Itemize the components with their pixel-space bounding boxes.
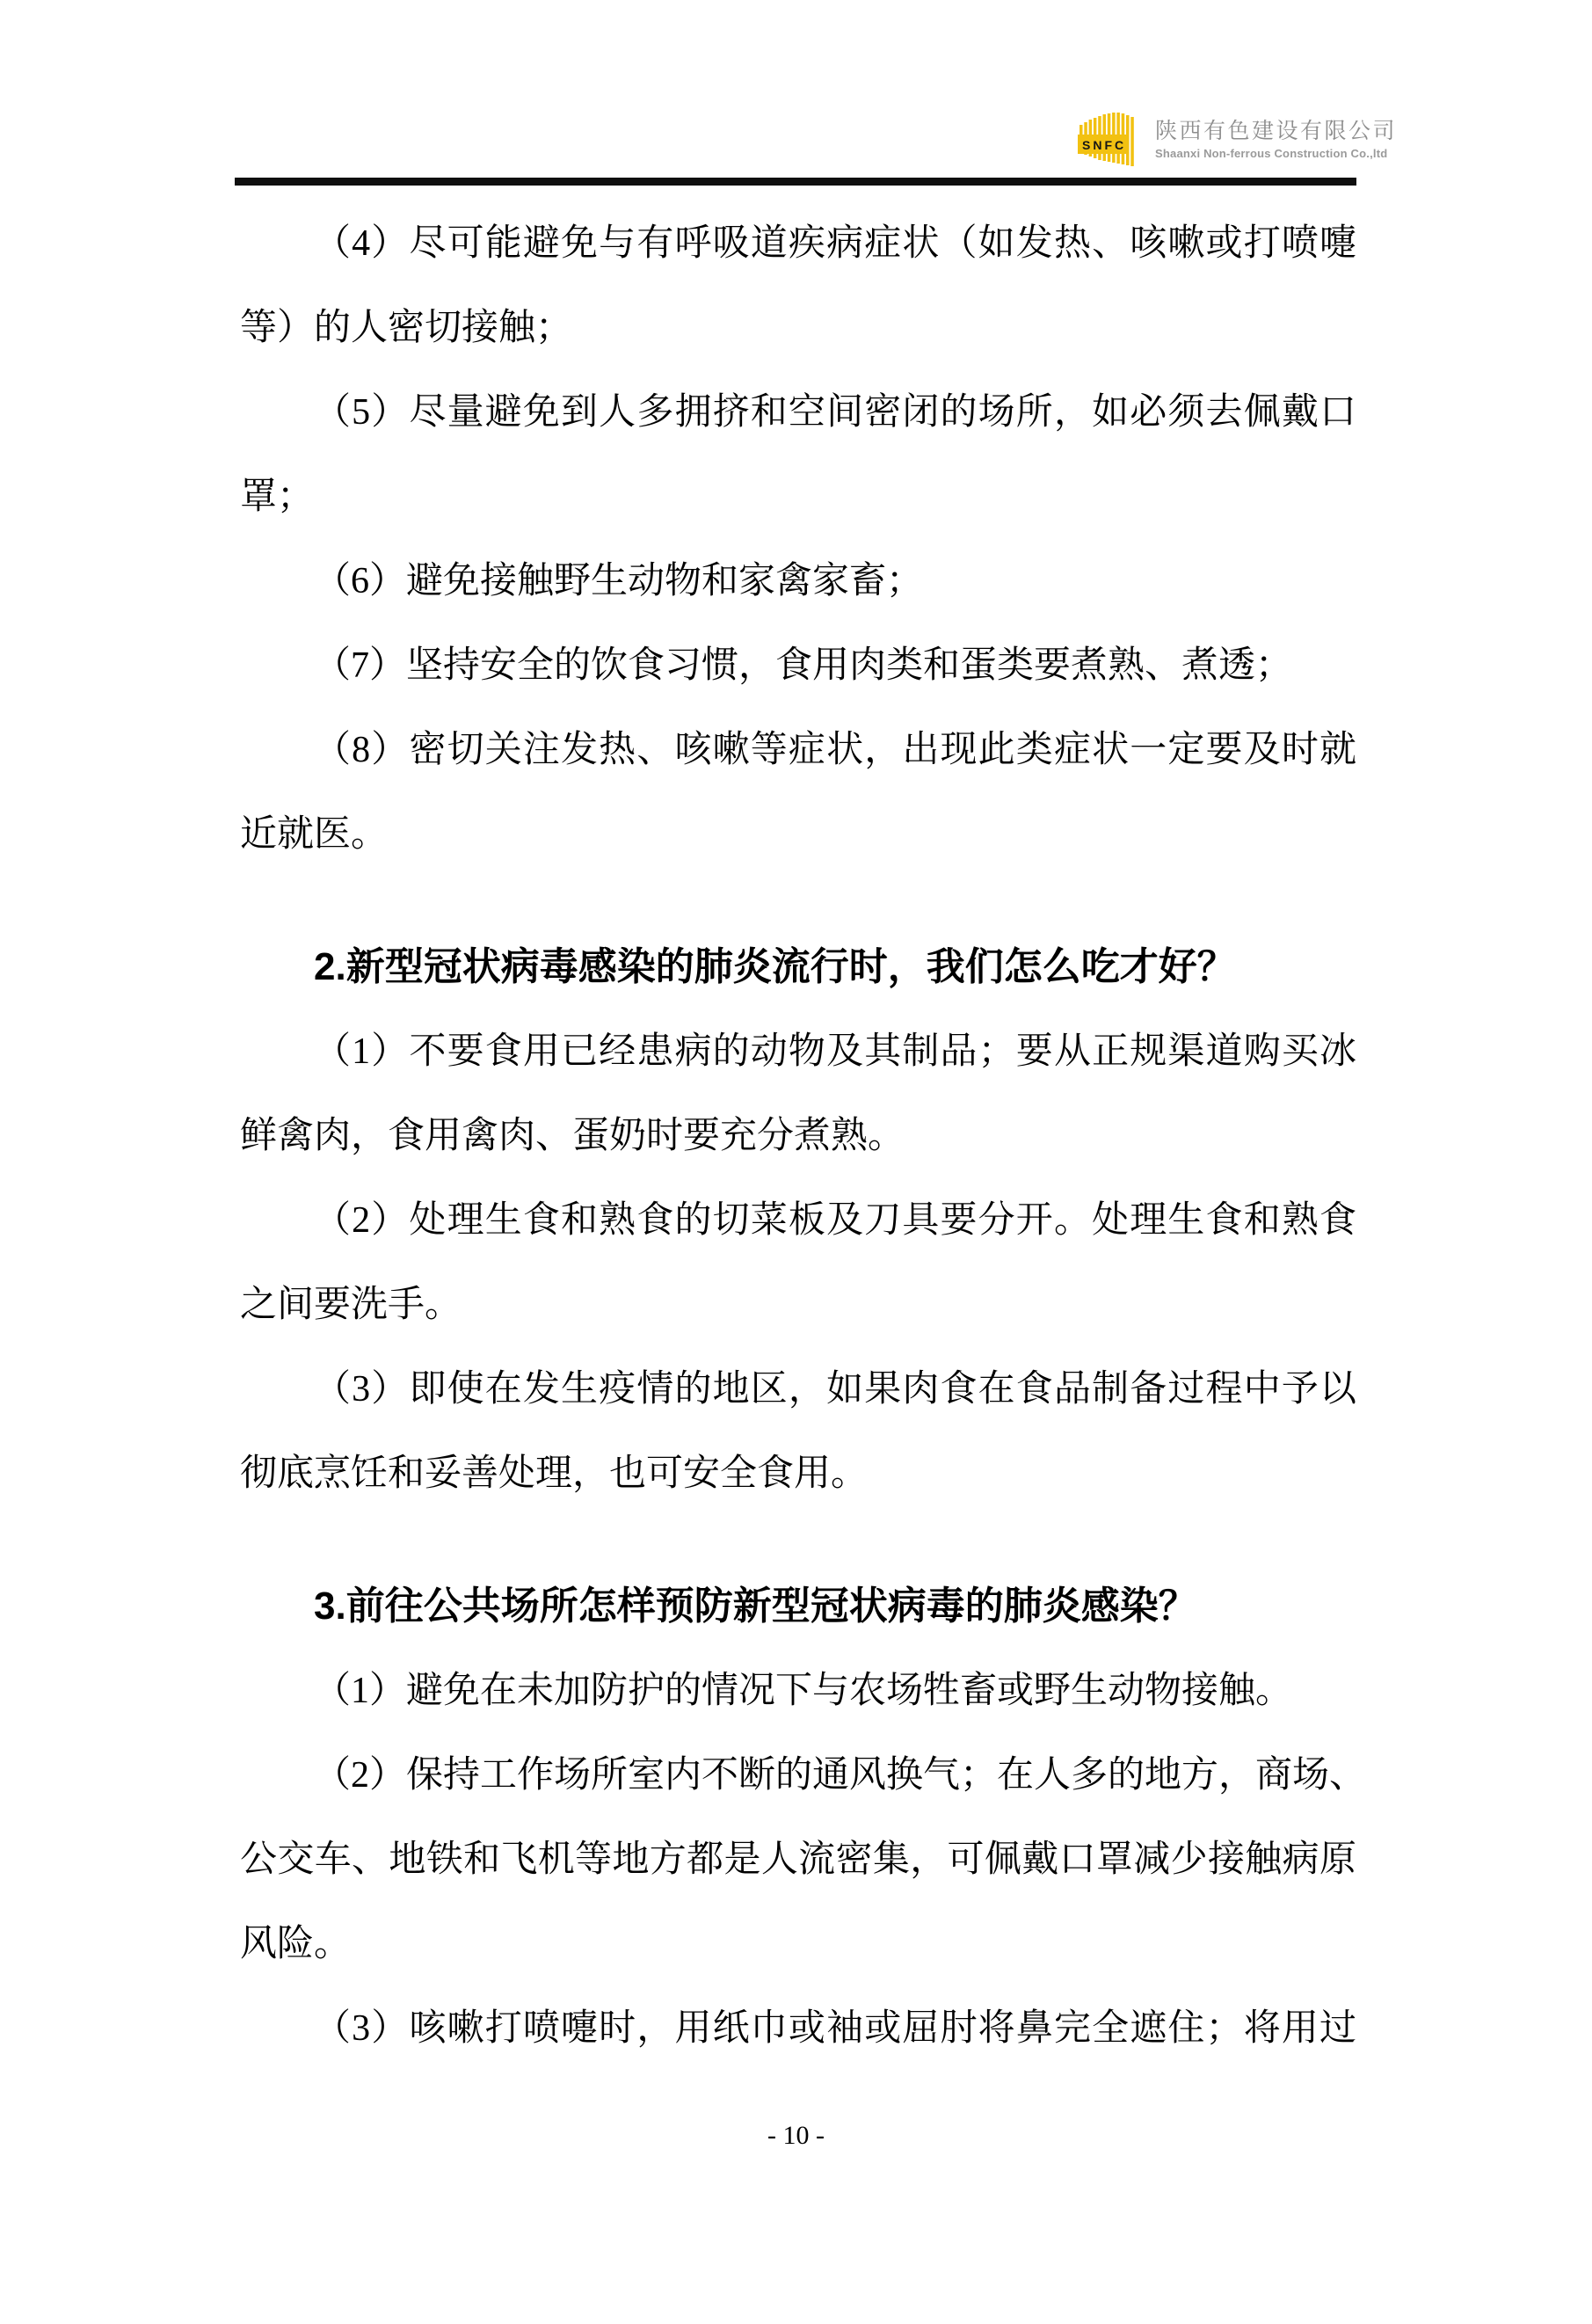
paragraph: （7）坚持安全的饮食习惯，食用肉类和蛋类要煮熟、煮透； — [240, 623, 1356, 708]
paragraph: （6）避免接触野生动物和家禽家畜； — [240, 539, 1356, 623]
snfc-logo-icon: SNFC — [1074, 111, 1143, 169]
paragraph: （3）即使在发生疫情的地区，如果肉食在食品制备过程中予以彻底烹饪和妥善处理，也可… — [240, 1347, 1356, 1516]
company-name-cn: 陕西有色建设有限公司 — [1155, 120, 1397, 144]
paragraph-line: （7）坚持安全的饮食习惯，食用肉类和蛋类要煮熟、煮透； — [240, 623, 1356, 708]
paragraph: （2）处理生食和熟食的切菜板及刀具要分开。处理生食和熟食之间要洗手。 — [240, 1178, 1356, 1347]
document-body: （4）尽可能避免与有呼吸道疾病症状（如发热、咳嗽或打喷嚏等）的人密切接触；（5）… — [240, 201, 1356, 2071]
paragraph-line: （4）尽可能避免与有呼吸道疾病症状（如发热、咳嗽或打喷嚏 — [240, 201, 1356, 286]
heading-line: 3.前往公共场所怎样预防新型冠状病毒的肺炎感染？ — [240, 1564, 1356, 1649]
paragraph-line: 等）的人密切接触； — [240, 286, 1356, 370]
paragraph: （4）尽可能避免与有呼吸道疾病症状（如发热、咳嗽或打喷嚏等）的人密切接触； — [240, 201, 1356, 370]
paragraph-line: （3）咳嗽打喷嚏时，用纸巾或袖或屈肘将鼻完全遮住；将用过 — [240, 1986, 1356, 2071]
paragraph: （8）密切关注发热、咳嗽等症状，出现此类症状一定要及时就近就医。 — [240, 708, 1356, 877]
company-logo: SNFC 陕西有色建设有限公司 Shaanxi Non-ferrous Cons… — [1074, 111, 1397, 169]
document-page: SNFC 陕西有色建设有限公司 Shaanxi Non-ferrous Cons… — [0, 0, 1592, 2324]
paragraph-line: （1）避免在未加防护的情况下与农场牲畜或野生动物接触。 — [240, 1649, 1356, 1733]
paragraph: （2）保持工作场所室内不断的通风换气；在人多的地方，商场、公交车、地铁和飞机等地… — [240, 1733, 1356, 1986]
company-names: 陕西有色建设有限公司 Shaanxi Non-ferrous Construct… — [1155, 120, 1397, 160]
paragraph-line: 鲜禽肉，食用禽肉、蛋奶时要充分煮熟。 — [240, 1094, 1356, 1178]
paragraph-line: 之间要洗手。 — [240, 1263, 1356, 1347]
paragraph: （1）避免在未加防护的情况下与农场牲畜或野生动物接触。 — [240, 1649, 1356, 1733]
section-heading: 2.新型冠状病毒感染的肺炎流行时，我们怎么吃才好？ — [240, 925, 1356, 1009]
paragraph-line: （2）保持工作场所室内不断的通风换气；在人多的地方，商场、 — [240, 1733, 1356, 1818]
heading-line: 2.新型冠状病毒感染的肺炎流行时，我们怎么吃才好？ — [240, 925, 1356, 1009]
paragraph-line: 近就医。 — [240, 792, 1356, 877]
svg-text:SNFC: SNFC — [1082, 138, 1126, 152]
section-heading: 3.前往公共场所怎样预防新型冠状病毒的肺炎感染？ — [240, 1564, 1356, 1649]
paragraph-line: 彻底烹饪和妥善处理，也可安全食用。 — [240, 1432, 1356, 1516]
paragraph-line: 公交车、地铁和飞机等地方都是人流密集，可佩戴口罩减少接触病原 — [240, 1818, 1356, 1902]
paragraph-line: （6）避免接触野生动物和家禽家畜； — [240, 539, 1356, 623]
company-name-en: Shaanxi Non-ferrous Construction Co.,ltd — [1155, 148, 1397, 160]
paragraph-line: （2）处理生食和熟食的切菜板及刀具要分开。处理生食和熟食 — [240, 1178, 1356, 1263]
paragraph: （3）咳嗽打喷嚏时，用纸巾或袖或屈肘将鼻完全遮住；将用过 — [240, 1986, 1356, 2071]
page-footer: - 10 - — [0, 2121, 1592, 2151]
page-number: - 10 - — [767, 2121, 825, 2150]
paragraph-line: （8）密切关注发热、咳嗽等症状，出现此类症状一定要及时就 — [240, 708, 1356, 792]
paragraph-line: 罩； — [240, 455, 1356, 539]
header-rule — [235, 178, 1356, 186]
paragraph-line: （5）尽量避免到人多拥挤和空间密闭的场所，如必须去佩戴口 — [240, 370, 1356, 455]
paragraph-line: （1）不要食用已经患病的动物及其制品；要从正规渠道购买冰 — [240, 1009, 1356, 1094]
paragraph: （1）不要食用已经患病的动物及其制品；要从正规渠道购买冰鲜禽肉，食用禽肉、蛋奶时… — [240, 1009, 1356, 1178]
paragraph: （5）尽量避免到人多拥挤和空间密闭的场所，如必须去佩戴口罩； — [240, 370, 1356, 539]
paragraph-line: 风险。 — [240, 1902, 1356, 1986]
paragraph-line: （3）即使在发生疫情的地区，如果肉食在食品制备过程中予以 — [240, 1347, 1356, 1432]
